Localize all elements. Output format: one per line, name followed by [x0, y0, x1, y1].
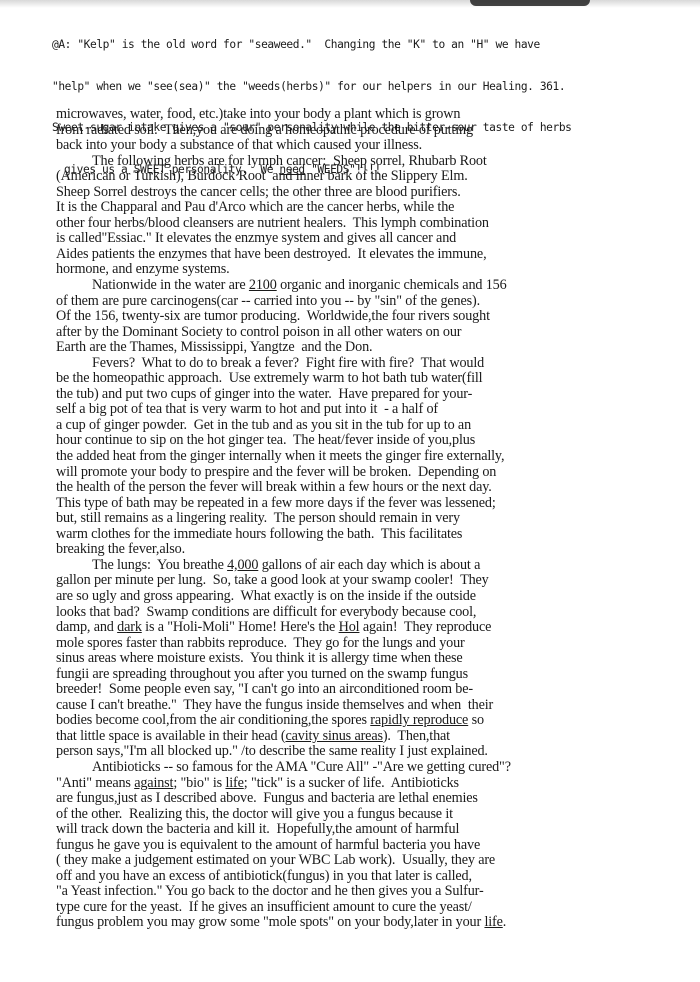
body-line: This type of bath may be repeated in a f…	[56, 496, 696, 512]
body-line: is called"Essiac." It elevates the enzmy…	[56, 231, 696, 247]
body-line: damp, and dark is a "Holi-Moli" Home! He…	[56, 620, 696, 636]
paragraph-start-line: Nationwide in the water are 2100 organic…	[56, 278, 696, 294]
body-line: self a big pot of tea that is very warm …	[56, 402, 696, 418]
body-line: of them are pure carcinogens(car -- carr…	[56, 294, 696, 310]
body-line: fungii are spreading throughout you afte…	[56, 667, 696, 683]
body-line: hour continue to sip on the hot ginger t…	[56, 433, 696, 449]
body-line: Sheep Sorrel destroys the cancer cells; …	[56, 185, 696, 201]
body-line: the added heat from the ginger internall…	[56, 449, 696, 465]
body-line: after by the Dominant Society to control…	[56, 325, 696, 341]
body-line: the health of the person the fever will …	[56, 480, 696, 496]
body-line: be the homeopathic approach. Use extreme…	[56, 371, 696, 387]
body-line: fungus he gave you is equivalent to the …	[56, 838, 696, 854]
body-line: that little space is available in their …	[56, 729, 696, 745]
body-line: are so ugly and gross appearing. What ex…	[56, 589, 696, 605]
body-line: back into your body a substance of that …	[56, 138, 696, 154]
footnote-line: @A: "Kelp" is the old word for "seaweed.…	[52, 38, 682, 54]
body-line: other four herbs/blood cleansers are nut…	[56, 216, 696, 232]
body-line: breaking the fever,also.	[56, 542, 696, 558]
body-line: bodies become cool,from the air conditio…	[56, 713, 696, 729]
body-line: "a Yeast infection." You go back to the …	[56, 884, 696, 900]
footnote-line: "help" when we "see(sea)" the "weeds(her…	[52, 80, 682, 96]
body-line: will promote your body to prespire and t…	[56, 465, 696, 481]
body-line: of the other. Realizing this, the doctor…	[56, 807, 696, 823]
body-line: "Anti" means against; "bio" is life; "ti…	[56, 776, 696, 792]
body-line: hormone, and enzyme systems.	[56, 262, 696, 278]
body-line: Aides patients the enzymes that have bee…	[56, 247, 696, 263]
paragraph-start-line: Antibioticks -- so famous for the AMA "C…	[56, 760, 696, 776]
body-line: warm clothes for the immediate hours fol…	[56, 527, 696, 543]
scan-smudge	[0, 0, 700, 8]
body-line: It is the Chapparal and Pau d'Arco which…	[56, 200, 696, 216]
scan-ink-blot	[470, 0, 590, 6]
body-line: cause I can't breathe." They have the fu…	[56, 698, 696, 714]
paragraph-start-line: The following herbs are for lymph cancer…	[56, 154, 696, 170]
body-line: a cup of ginger powder. Get in the tub a…	[56, 418, 696, 434]
paragraph-start-line: The lungs: You breathe 4,000 gallons of …	[56, 558, 696, 574]
body-line: off and you have an excess of antibiotic…	[56, 869, 696, 885]
body-line: Of the 156, twenty-six are tumor produci…	[56, 309, 696, 325]
paragraph-start-line: Fevers? What to do to break a fever? Fig…	[56, 356, 696, 372]
body-line: sinus areas where moisture exists. You t…	[56, 651, 696, 667]
body-line: from radiated soil. Then,you are doing a…	[56, 123, 696, 139]
body-line: are fungus,just as I described above. Fu…	[56, 791, 696, 807]
body-line: the tub) and put two cups of ginger into…	[56, 387, 696, 403]
body-line: ( they make a judgement estimated on you…	[56, 853, 696, 869]
body-line: type cure for the yeast. If he gives an …	[56, 900, 696, 916]
body-line: fungus problem you may grow some "mole s…	[56, 915, 696, 931]
body-line: will track down the bacteria and kill it…	[56, 822, 696, 838]
page-body: microwaves, water, food, etc.)take into …	[56, 107, 696, 931]
body-line: looks that bad? Swamp conditions are dif…	[56, 605, 696, 621]
body-line: person says,"I'm all blocked up." /to de…	[56, 744, 696, 760]
body-line: gallon per minute per lung. So, take a g…	[56, 573, 696, 589]
body-line: Earth are the Thames, Mississippi, Yangt…	[56, 340, 696, 356]
body-line: microwaves, water, food, etc.)take into …	[56, 107, 696, 123]
body-line: but, still remains as a lingering realit…	[56, 511, 696, 527]
body-line: breeder! Some people even say, "I can't …	[56, 682, 696, 698]
body-line: (American or Turkish), Burdock Root and …	[56, 169, 696, 185]
body-line: mole spores faster than rabbits reproduc…	[56, 636, 696, 652]
